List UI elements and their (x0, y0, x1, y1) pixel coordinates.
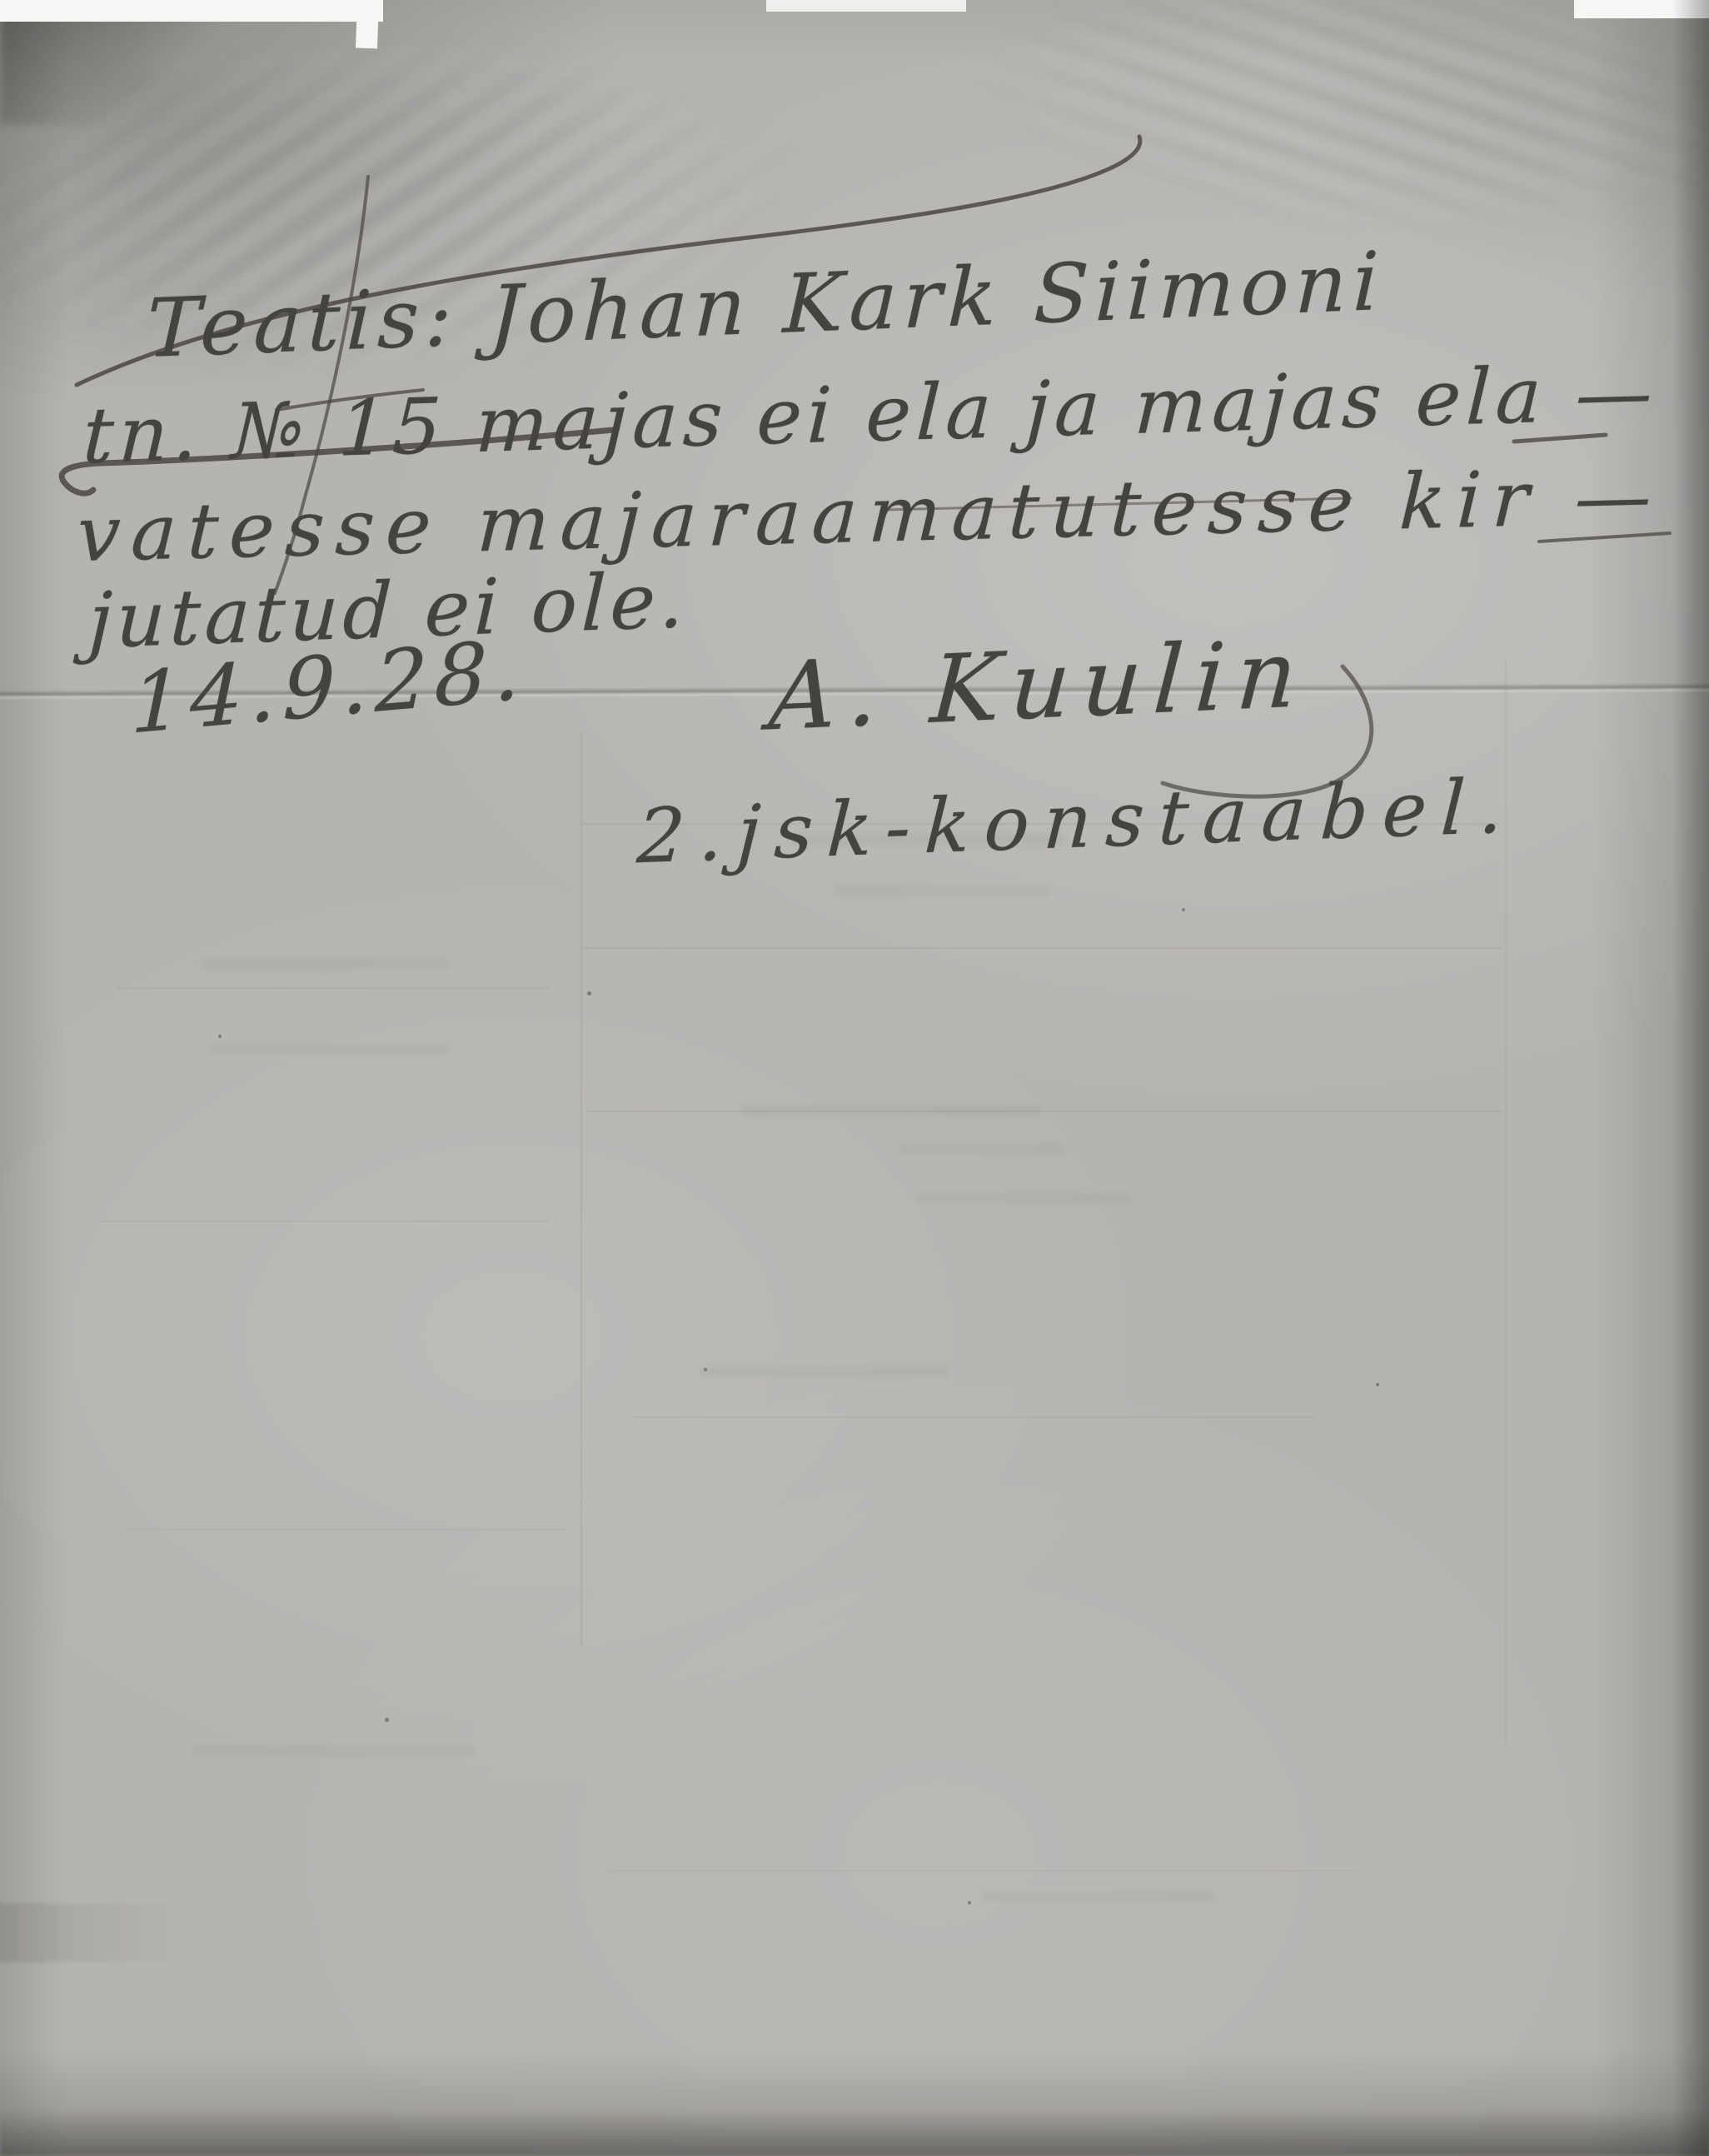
ghost-print-smudge (700, 1366, 949, 1378)
paper-speck (1182, 908, 1185, 911)
ghost-form-line (580, 731, 582, 1648)
ghost-form-line (583, 947, 1503, 949)
paper-crease-texture (949, 0, 1709, 269)
ghost-print-smudge (899, 1143, 1066, 1154)
ghost-form-line (117, 987, 550, 989)
scan-edge-shadow (0, 1904, 187, 1962)
ghost-print-smudge (200, 958, 450, 971)
ghost-print-smudge (833, 885, 1049, 896)
paper-speck (218, 1035, 222, 1038)
ghost-form-line (125, 1529, 566, 1530)
ghost-print-smudge (741, 1104, 1041, 1117)
paper-speck (385, 1718, 389, 1722)
scan-edge-white (0, 0, 383, 22)
scan-edge-white (356, 0, 379, 48)
scanned-document-page: Teatis: Johan Kark Siimoni tn. № 15 maja… (0, 0, 1709, 2156)
ghost-print-smudge (916, 1193, 1133, 1204)
ghost-form-line (608, 1870, 1358, 1872)
scan-edge-shadow (1672, 0, 1709, 2156)
paper-speck (587, 991, 591, 996)
signature: A. Kuulin (766, 620, 1312, 752)
ghost-form-line (100, 1220, 550, 1222)
paper-speck (704, 1368, 707, 1371)
ghost-form-line (587, 1110, 1502, 1112)
ghost-print-smudge (192, 1745, 475, 1757)
ghost-print-smudge (208, 1044, 450, 1055)
paper-speck (1376, 1383, 1379, 1386)
scan-edge-white (766, 0, 966, 12)
ghost-form-line (633, 1416, 1316, 1418)
paper-speck (968, 1901, 971, 1904)
scan-edge-shadow (0, 2109, 1709, 2156)
ghost-print-smudge (983, 1891, 1216, 1902)
signature-title: 2.jsk-konstaabel. (635, 762, 1519, 881)
